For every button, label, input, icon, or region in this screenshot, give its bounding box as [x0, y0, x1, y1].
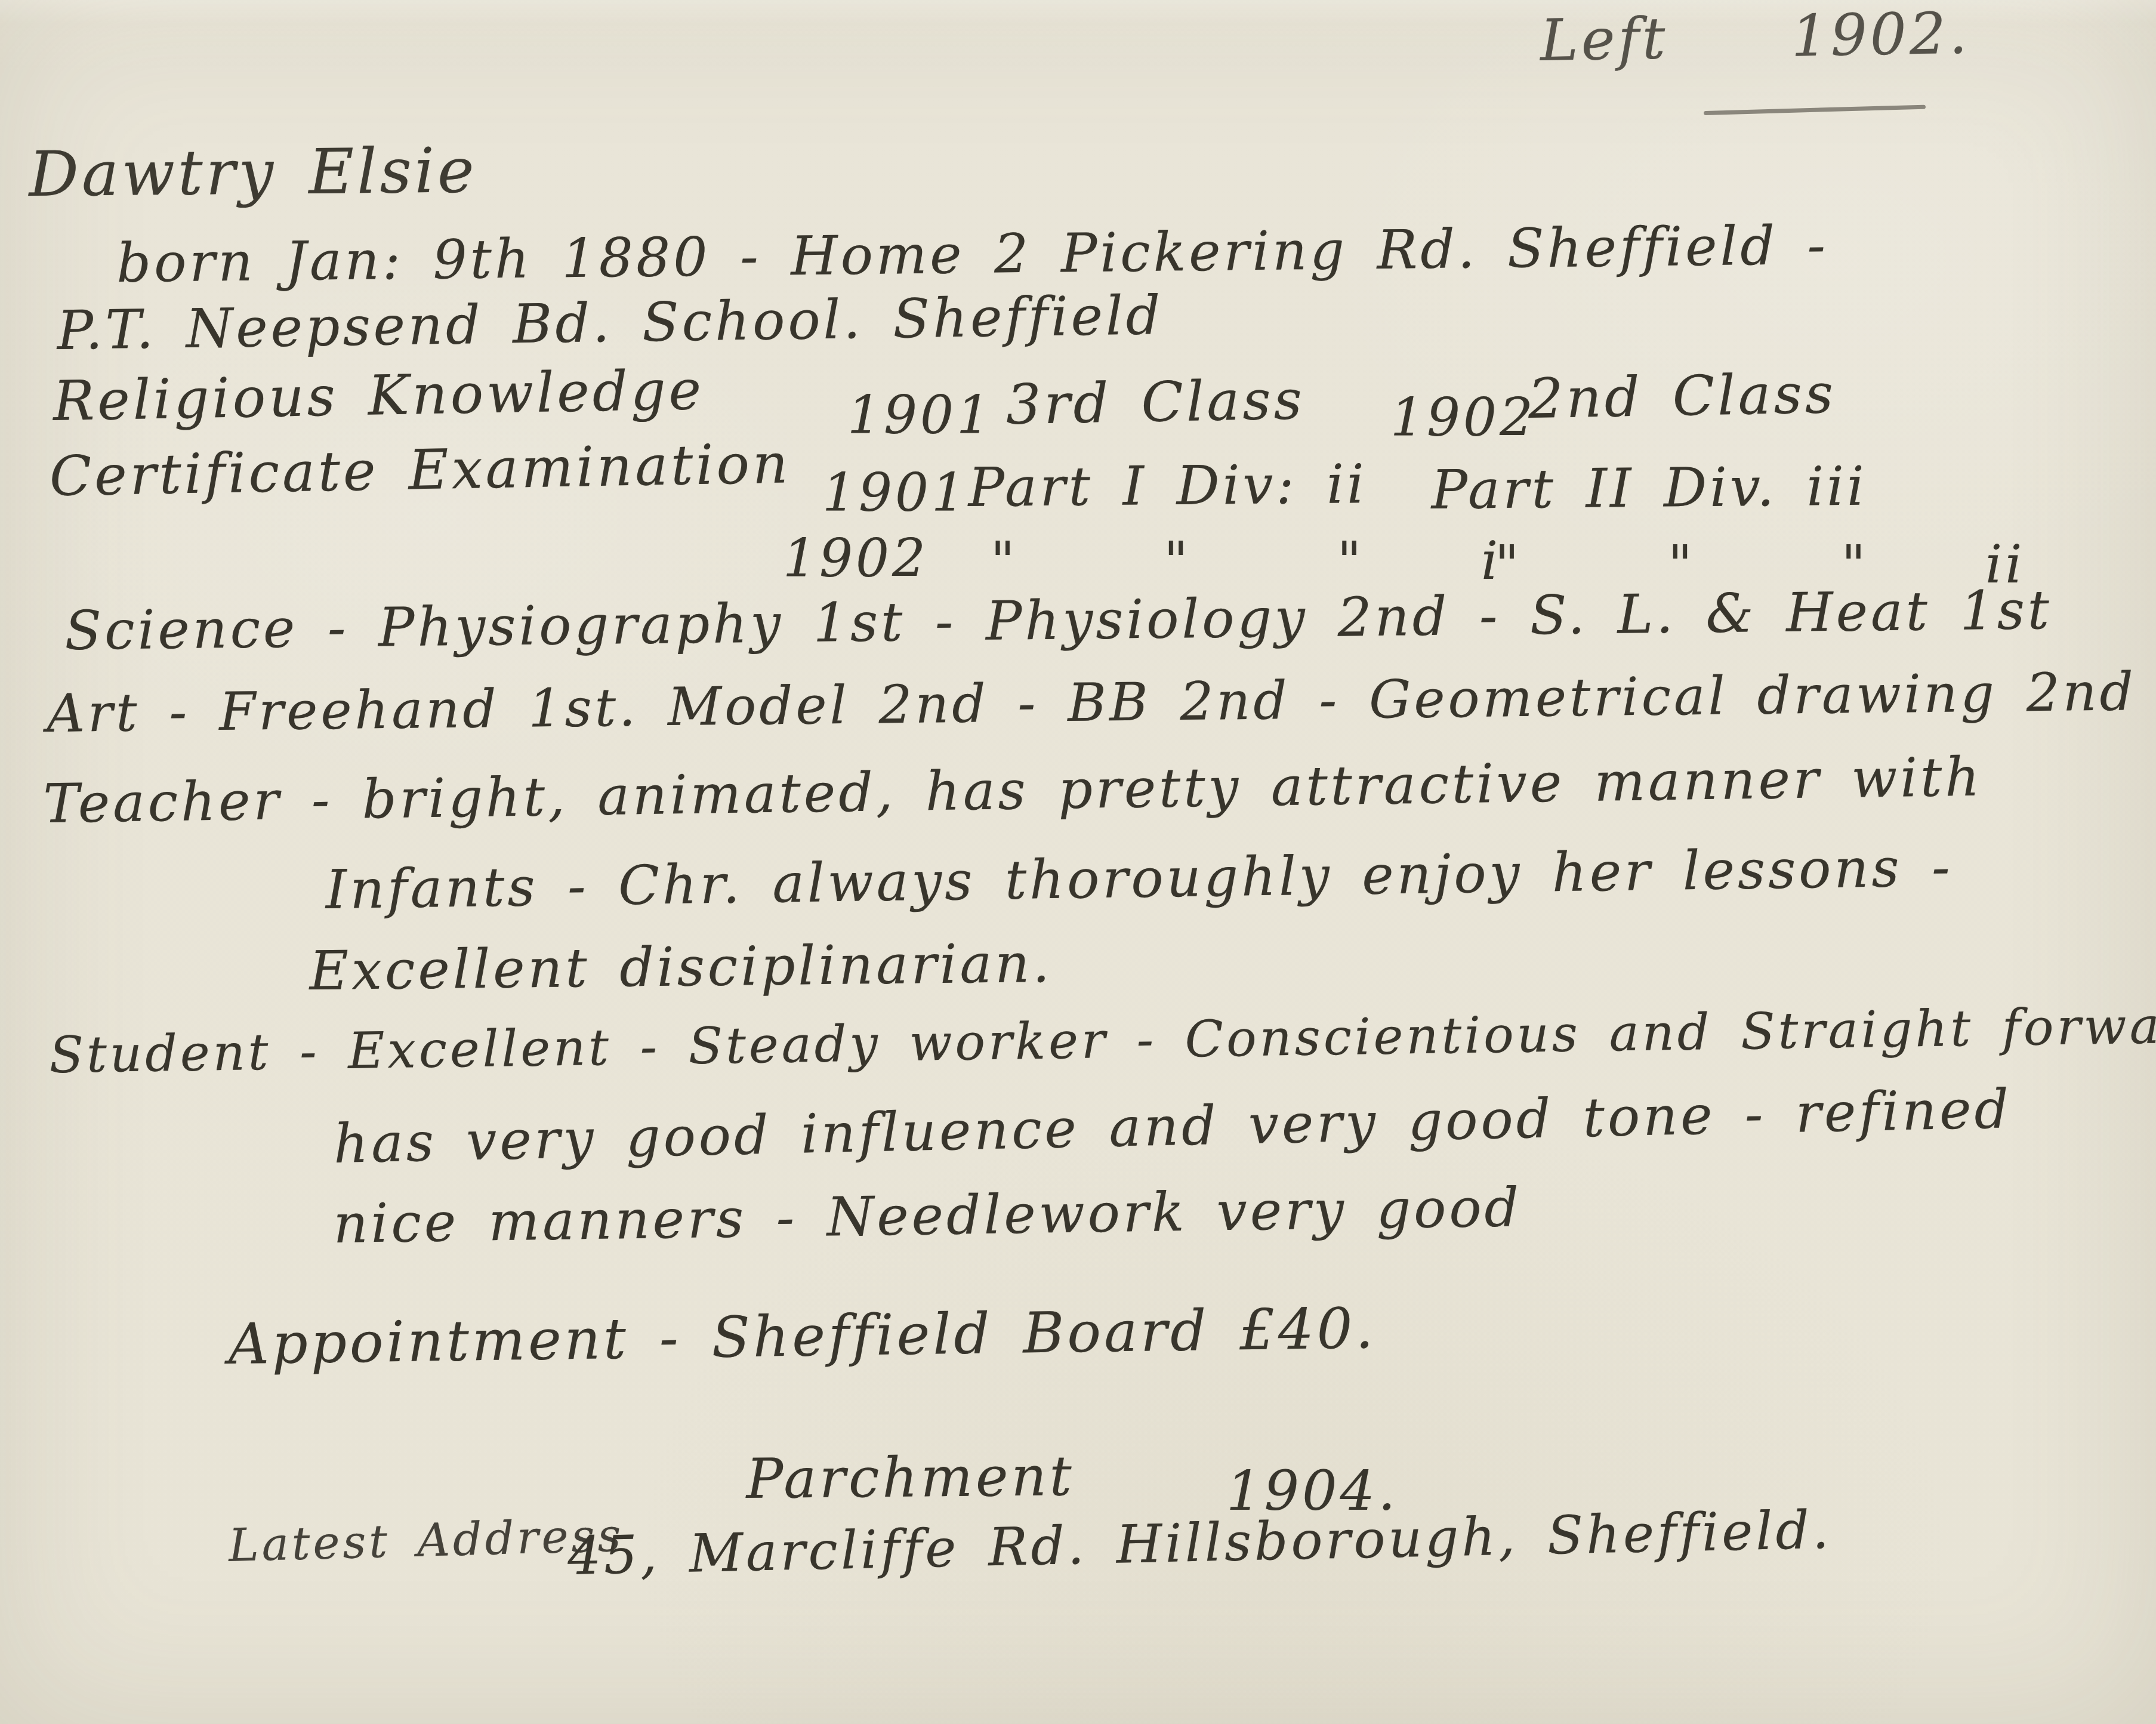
cert-1902-part1-ditto: " " " i [991, 532, 1501, 590]
teacher-assessment-line-1: Teacher - bright, animated, has pretty a… [43, 748, 1983, 834]
school-line: P.T. Neepsend Bd. School. Sheffield [57, 286, 1164, 360]
religious-year-1901: 1901 [847, 387, 993, 445]
cert-year-1902: 1902 [783, 530, 929, 588]
cert-part2-result: Part II Div. iii [1431, 457, 1867, 520]
record-card-page: Left 1902. Dawtry Elsie born Jan: 9th 18… [0, 0, 2156, 1724]
certificate-exam-label: Certificate Examination [49, 433, 791, 507]
birth-home-line: born Jan: 9th 1880 - Home 2 Pickering Rd… [116, 216, 1828, 293]
cert-part1-result: Part I Div: ii [968, 455, 1367, 517]
appointment-line: Appointment - Sheffield Board £40. [228, 1298, 1377, 1376]
cert-year-1901: 1901 [822, 464, 968, 522]
religious-grade-1902: 2nd Class [1528, 363, 1837, 429]
religious-grade-1901: 3rd Class [1005, 369, 1305, 435]
teacher-assessment-line-3: Excellent disciplinarian. [309, 934, 1053, 1001]
student-assessment-line-2: has very good influence and very good to… [333, 1080, 2012, 1174]
student-assessment-line-1: Student - Excellent - Steady worker - Co… [49, 997, 2156, 1082]
latest-address-value: 45, Marcliffe Rd. Hillsborough, Sheffiel… [567, 1501, 1833, 1586]
science-results-line: Science - Physiography 1st - Physiology … [64, 581, 2052, 661]
art-results-line: Art - Freehand 1st. Model 2nd - BB 2nd -… [47, 663, 2136, 742]
parchment-label: Parchment [746, 1446, 1075, 1509]
latest-address-label: Latest Address [228, 1510, 624, 1571]
left-year-note: Left 1902. [1540, 2, 1970, 72]
religious-knowledge-label: Religious Knowledge [53, 360, 705, 431]
student-name: Dawtry Elsie [29, 136, 477, 208]
teacher-assessment-line-2: Infants - Chr. always thoroughly enjoy h… [325, 838, 1953, 920]
year-underline [1704, 105, 1926, 115]
student-assessment-line-3: nice manners - Needlework very good [333, 1178, 1522, 1254]
religious-year-1902: 1902 [1390, 389, 1536, 447]
